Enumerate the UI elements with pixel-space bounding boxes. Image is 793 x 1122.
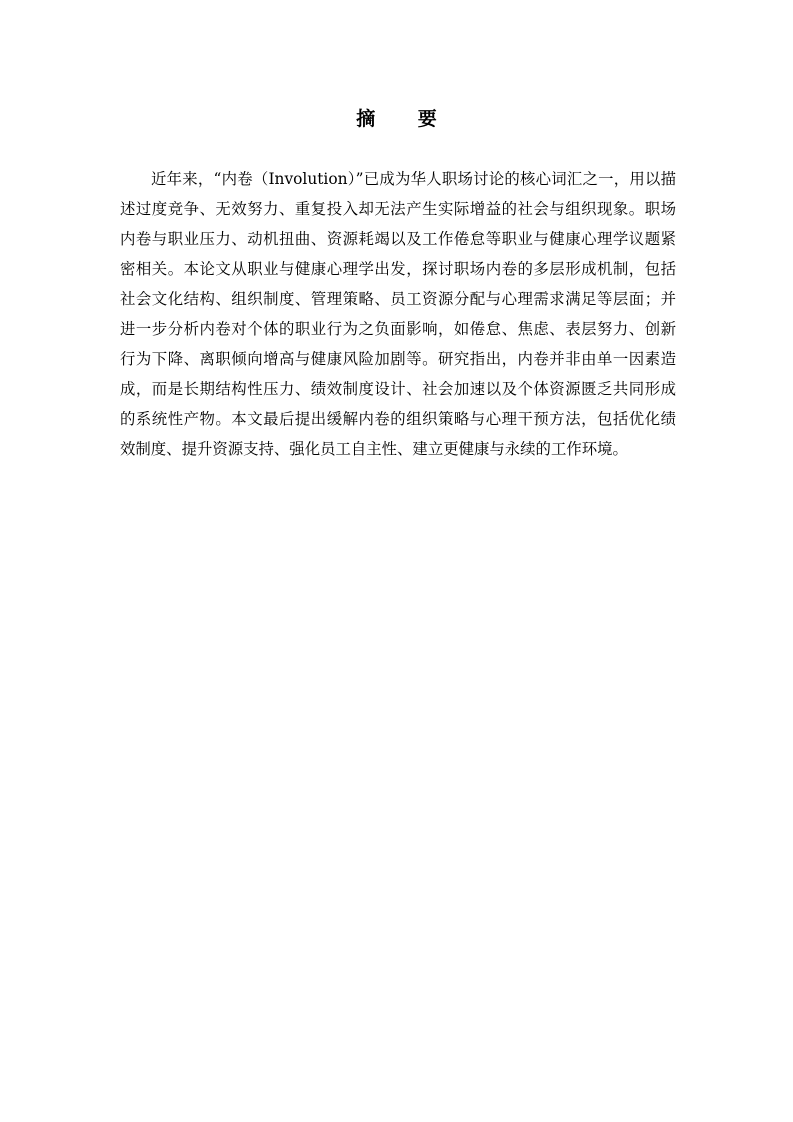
abstract-line: 内卷与职业压力、动机扭曲、资源耗竭以及工作倦怠等职业与健康心理学议题紧 — [120, 224, 676, 254]
document-page: 摘 要 近年来，“内卷（Involution）”已成为华人职场讨论的核心词汇之一… — [0, 0, 793, 1122]
abstract-line: 成，而是长期结构性压力、绩效制度设计、社会加速以及个体资源匮乏共同形成 — [120, 374, 676, 404]
abstract-line: 效制度、提升资源支持、强化员工自主性、建立更健康与永续的工作环境。 — [120, 434, 676, 464]
abstract-line: 进一步分析内卷对个体的职业行为之负面影响，如倦怠、焦虑、表层努力、创新 — [120, 314, 676, 344]
abstract-body: 近年来，“内卷（Involution）”已成为华人职场讨论的核心词汇之一，用以描… — [120, 164, 676, 464]
abstract-line: 行为下降、离职倾向增高与健康风险加剧等。研究指出，内卷并非由单一因素造 — [120, 344, 676, 374]
abstract-title: 摘 要 — [0, 104, 793, 131]
abstract-line: 述过度竞争、无效努力、重复投入却无法产生实际增益的社会与组织现象。职场 — [120, 194, 676, 224]
abstract-line: 的系统性产物。本文最后提出缓解内卷的组织策略与心理干预方法，包括优化绩 — [120, 404, 676, 434]
abstract-line: 社会文化结构、组织制度、管理策略、员工资源分配与心理需求满足等层面；并 — [120, 284, 676, 314]
abstract-line: 近年来，“内卷（Involution）”已成为华人职场讨论的核心词汇之一，用以描 — [120, 164, 676, 194]
abstract-line: 密相关。本论文从职业与健康心理学出发，探讨职场内卷的多层形成机制，包括 — [120, 254, 676, 284]
